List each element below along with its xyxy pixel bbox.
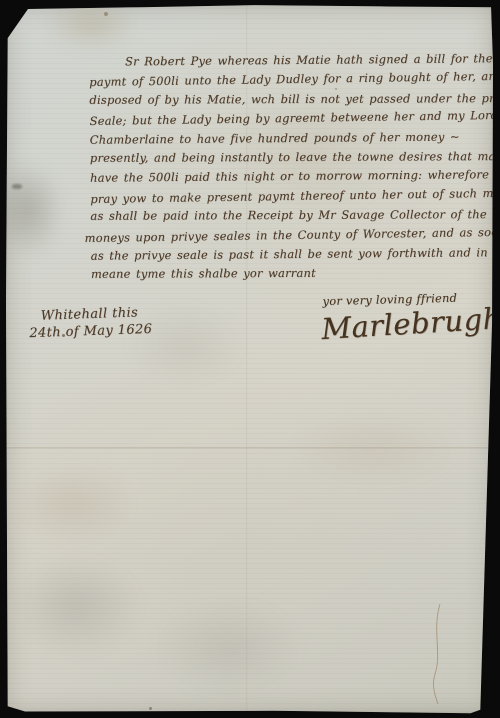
letter-body: Sr Robert Pye whereas his Matie hath sig…	[89, 49, 491, 285]
paper-speck	[104, 12, 108, 16]
signature-marlborough: Marlebrugh	[320, 302, 489, 346]
letter-closing: yor very loving ffriend Marlebrugh	[322, 291, 488, 343]
scan-background: Sr Robert Pye whereas his Matie hath sig…	[0, 0, 500, 718]
dateline-place: Whitehall this	[40, 305, 152, 324]
stain-left-edge	[0, 162, 63, 258]
hairline-crease-mark	[429, 602, 445, 706]
letter-line: presently, and being instantly to leave …	[90, 147, 490, 168]
dateline: Whitehall this 24th of May 1626	[28, 305, 152, 341]
stain-mid-right	[291, 414, 461, 484]
edge-notch	[12, 184, 22, 189]
letter-line: meane tyme this shalbe yor warrant	[91, 264, 491, 285]
letter-paper: Sr Robert Pye whereas his Matie hath sig…	[5, 4, 494, 714]
fold-crease-horizontal	[5, 446, 494, 449]
paper-speck	[149, 707, 152, 710]
stain-top-left	[43, 0, 139, 50]
dateline-date: 24th of May 1626	[29, 322, 153, 341]
stain-mid-left	[13, 466, 133, 542]
stain-bottom-center	[153, 600, 303, 696]
stain-bottom-left	[11, 556, 141, 656]
